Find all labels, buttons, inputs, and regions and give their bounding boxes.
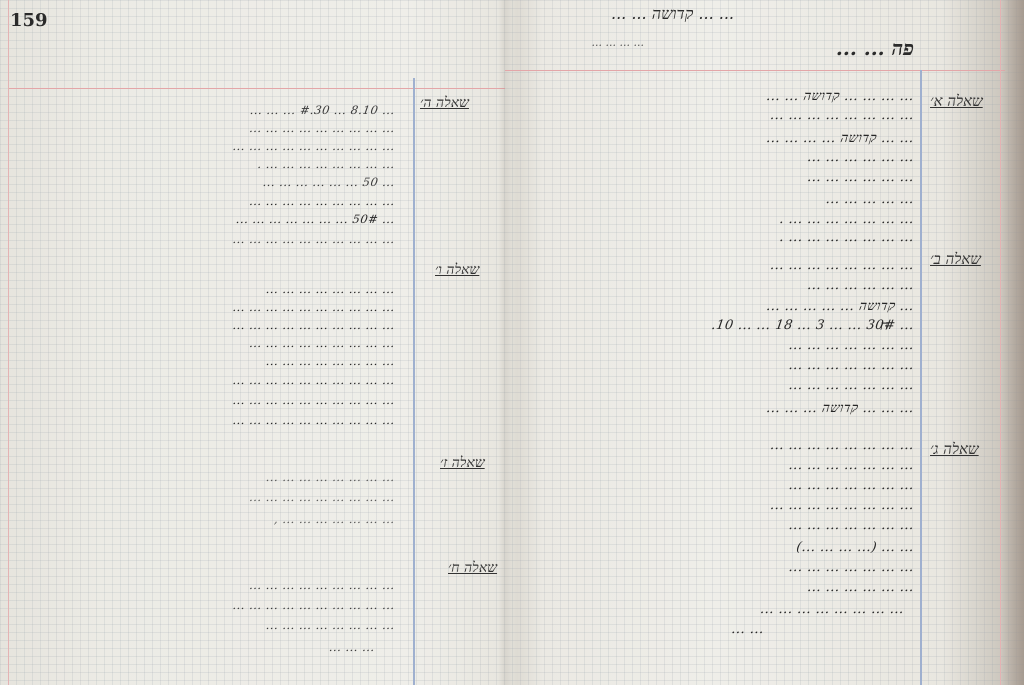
margin-line-blue [413, 78, 415, 685]
margin-line-red [8, 0, 9, 685]
handwritten-line: ... ... ... ... ... ... [583, 278, 915, 293]
handwritten-line: ... ... ... ... ... ... ... [553, 478, 915, 493]
handwritten-line: ... ... ... ... ... ... ... [563, 518, 915, 533]
page-title-line-1: ... ... קדושה ... ... [611, 4, 734, 24]
handwritten-line: ... ... ... ... ... ... ... , [74, 512, 396, 526]
heading-question-a: שאלה א׳ [930, 92, 983, 111]
handwritten-line: ... ... ... ... ... ... [593, 170, 915, 185]
handwritten-line: ... ... ... ... ... ... ... ... ... [14, 194, 396, 208]
margin-line-blue [920, 70, 922, 685]
handwritten-line: ... ... ... ... ... ... ... ... ... ... [34, 300, 396, 314]
handwritten-line: ... 8.10 ... 30.# ... ... ... [34, 103, 396, 117]
handwritten-line: ... ... ... ... ... ... ... ... [583, 258, 915, 273]
handwritten-line: ... ... ... ... ... ... ... ... [518, 602, 905, 617]
handwritten-line: ... ... ... ... ... ... [583, 150, 915, 165]
handwritten-line: ... ... ... ... ... ... ... ... [553, 438, 915, 453]
handwritten-line: ... ... ... ... ... ... ... ... [583, 108, 915, 123]
handwritten-line: ... 50 ... ... ... ... ... ... [94, 175, 396, 189]
handwritten-line: ... ... ... ... ... ... ... . [573, 212, 915, 227]
heading-question-g: שאלה ז׳ [440, 455, 485, 472]
handwritten-line: ... ... (... ... ... ...) [583, 540, 915, 555]
handwritten-line: ... ... ... ... ... ... ... [553, 338, 915, 353]
handwritten-line: ... ... קדושה ... ... ... ... [583, 130, 915, 146]
handwritten-line: ... 50# ... ... ... ... ... ... ... [14, 212, 396, 226]
handwritten-line: ... ... ... ... ... ... ... ... [94, 282, 396, 296]
handwritten-line: ... ... ... ... ... ... ... ... [44, 618, 396, 632]
notebook-spread: 159 שאלה ה׳ שאלה ו׳ שאלה ז׳ שאלה ח׳ ... … [0, 0, 1024, 685]
handwritten-line: ... ... ... ... ... ... ... ... ... ... [14, 373, 396, 387]
handwritten-line: ... ... ... ... ... ... ... ... ... ... [0, 318, 396, 332]
handwritten-line: ... ... ... ... ... ... ... ... ... [14, 121, 396, 135]
handwritten-line: ... ... ... ... ... ... ... ... ... [24, 578, 396, 592]
handwritten-line: ... ... ... ... קדושה ... ... [583, 88, 915, 104]
heading-question-f: שאלה ו׳ [435, 262, 479, 279]
page-title-line-2: ... ... ... ... [592, 36, 644, 49]
heading-question-b: שאלה ב׳ [930, 250, 981, 269]
handwritten-line: ... 30# ... ... 3 ... 18 ... ... 10. [553, 318, 915, 333]
right-page: ... ... קדושה ... ... ... ... ... ... פה… [505, 0, 1024, 685]
handwritten-line: ... ... ... ... ... ... ... ... ... [34, 336, 396, 350]
heading-question-c: שאלה ג׳ [930, 440, 979, 459]
handwritten-line: ... ... ... [204, 640, 376, 654]
handwritten-line: ... ... ... ... ... ... [573, 580, 915, 595]
heading-question-e: שאלה ה׳ [420, 95, 469, 112]
handwritten-line: ... ... ... ... ... ... ... ... ... [34, 490, 396, 504]
handwritten-line: ... ... ... ... ... ... ... [573, 378, 915, 393]
handwritten-line: ... ... ... ... ... ... ... ... ... ... [0, 232, 396, 246]
handwritten-line: ... ... ... ... ... ... ... [573, 358, 915, 373]
left-page: 159 שאלה ה׳ שאלה ו׳ שאלה ז׳ שאלה ח׳ ... … [0, 0, 505, 685]
page-title-line-3: פה ... ... [836, 36, 914, 61]
header-rule [8, 88, 505, 89]
heading-question-h: שאלה ח׳ [448, 560, 497, 577]
handwritten-line: ... ... ... ... ... ... ... [563, 560, 915, 575]
handwritten-line: ... ... ... ... ... ... ... . [558, 230, 915, 245]
handwritten-line: ... ... ... ... ... ... ... ... . [54, 157, 396, 171]
handwritten-line: ... ... ... ... ... ... ... ... [54, 354, 396, 368]
handwritten-line: ... קדושה ... ... ... ... ... [573, 298, 915, 314]
page-number: 159 [10, 10, 48, 31]
handwritten-line: ... ... ... ... ... ... ... ... ... ... [24, 139, 396, 153]
margin-line-red [1000, 0, 1001, 685]
handwritten-line: ... ... ... ... ... [593, 192, 915, 207]
handwritten-line: ... ... ... ... ... ... ... ... ... ... [0, 413, 396, 427]
handwritten-line: ... ... ... ... ... ... ... [553, 458, 915, 473]
handwritten-line: ... ... [643, 622, 765, 637]
handwritten-line: ... ... ... קדושה ... ... ... [543, 400, 915, 416]
handwritten-line: ... ... ... ... ... ... ... ... [543, 498, 915, 513]
handwritten-line: ... ... ... ... ... ... ... ... ... ... [14, 598, 396, 612]
header-rule [505, 70, 1005, 71]
handwritten-line: ... ... ... ... ... ... ... ... [64, 470, 396, 484]
page-edge [1002, 0, 1024, 685]
handwritten-line: ... ... ... ... ... ... ... ... ... ... [0, 393, 396, 407]
